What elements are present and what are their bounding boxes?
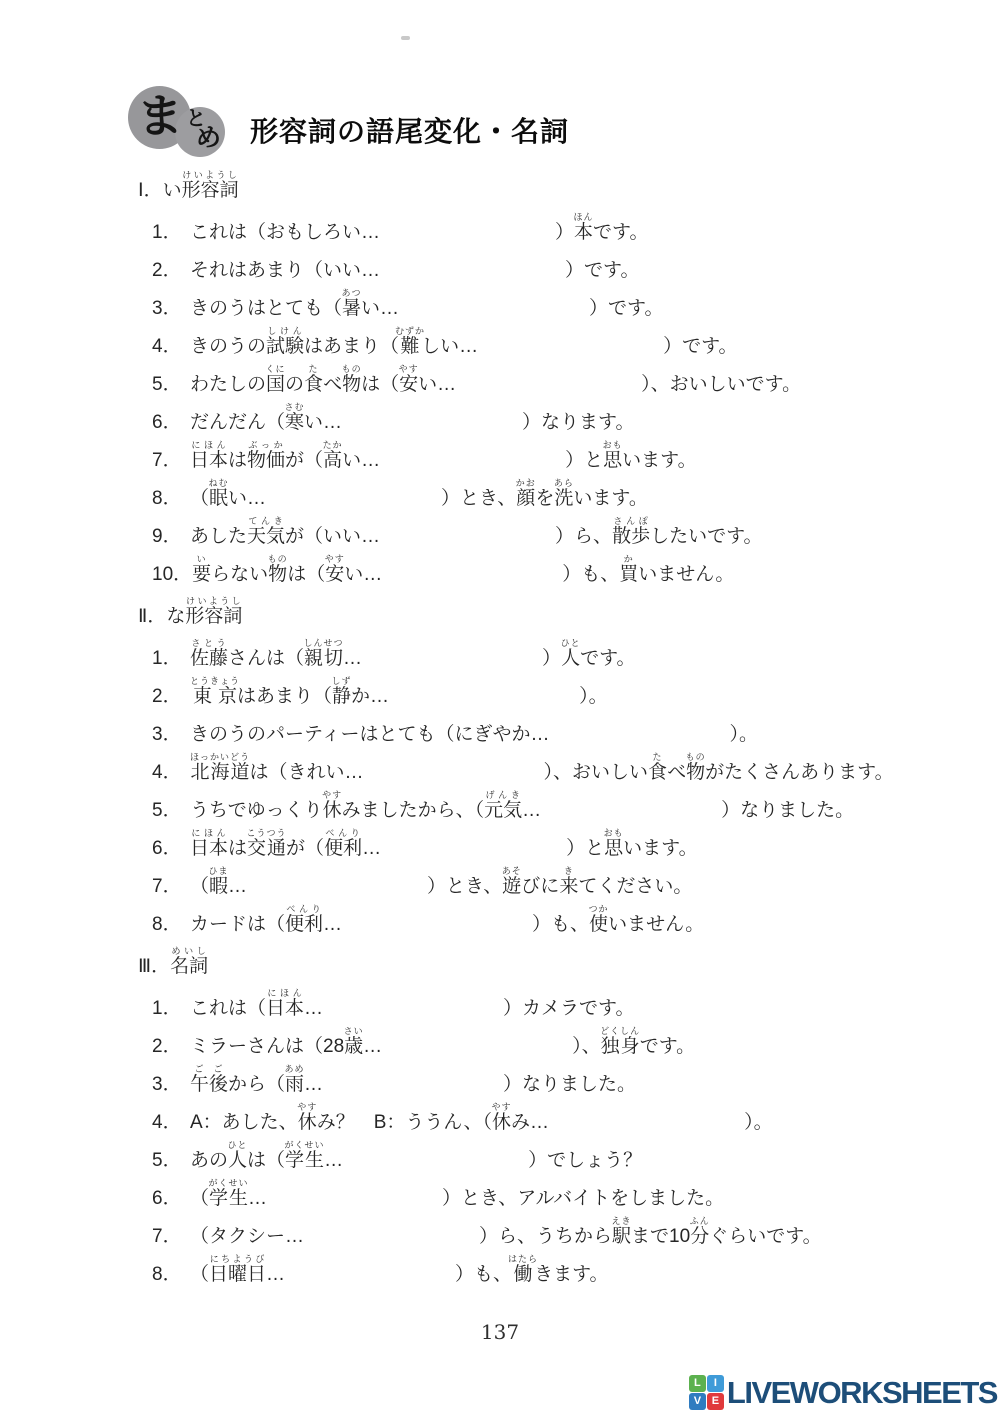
- worksheet-item: 6．（学生がくせい…）とき、アルバイトをしました。: [138, 1176, 983, 1214]
- item-text-pre: A：あした、休やすみ？ B：ううん、（休やすみ…: [190, 1112, 549, 1133]
- item-text-pre: （学生がくせい…: [190, 1188, 267, 1209]
- item-text-post: ）。: [579, 686, 608, 707]
- item-text-post: ）人ひとです。: [542, 648, 636, 669]
- matome-badge: ま と め: [128, 84, 234, 162]
- answer-blank[interactable]: [247, 890, 427, 892]
- worksheet-item: 7．日本にほんは物価ぶっかが（高たかい…）と思おもいます。: [138, 438, 983, 476]
- item-text-post: ）と思おもいます。: [566, 838, 698, 859]
- logo-grid: LIVE: [689, 1375, 724, 1410]
- answer-blank[interactable]: [382, 1050, 572, 1052]
- item-text-pre: 日本にほんは交通こうつうが（便利べんり…: [190, 838, 381, 859]
- answer-blank[interactable]: [380, 236, 555, 238]
- section-heading: Ⅱ．な形容詞けいようし: [138, 590, 983, 636]
- answer-blank[interactable]: [323, 1088, 503, 1090]
- item-text-pre: （暇ひま…: [190, 876, 247, 897]
- item-text-post: ）、おいしいです。: [641, 374, 801, 395]
- scan-artifact: [401, 36, 410, 40]
- worksheet-item: 3．きのうのパーティーはとても（にぎやか…）。: [138, 712, 983, 750]
- item-text-post: ）とき、アルバイトをしました。: [442, 1188, 724, 1209]
- page-title: 形容詞の語尾変化・名詞: [250, 110, 569, 150]
- logo-square-i: I: [707, 1375, 724, 1392]
- worksheet-item: 5．うちでゆっくり休やすみましたから、（元気げんき…）なりました。: [138, 788, 983, 826]
- worksheet-item: 9．あした天気てんきが（いい…）ら、散歩さんぽしたいです。: [138, 514, 983, 552]
- answer-blank[interactable]: [478, 350, 663, 352]
- item-text-post: ）、独身どくしんです。: [572, 1036, 695, 1057]
- worksheet-item: 5．わたしの国くにの食たべ物ものは（安やすい…）、おいしいです。: [138, 362, 983, 400]
- item-text-post: ）本ほんです。: [555, 222, 649, 243]
- item-text-pre: （タクシー…: [190, 1226, 304, 1247]
- worksheet-page: ま と め 形容詞の語尾変化・名詞 Ⅰ．い形容詞けいようし1．これは（おもしろい…: [0, 0, 1000, 1413]
- item-text-pre: きのうの試験しけんはあまり（難むずかしい…: [190, 336, 478, 357]
- item-text-post: ）。: [744, 1112, 773, 1133]
- item-text-pre: 佐藤さとうさんは（親切しんせつ…: [190, 648, 362, 669]
- item-text-post: ）です。: [565, 260, 639, 281]
- answer-blank[interactable]: [549, 738, 729, 740]
- item-text-pre: ミラーさんは（28歳さい…: [190, 1036, 382, 1057]
- item-text-post: ）とき、遊あそびに来きてください。: [427, 876, 692, 897]
- worksheet-item: 4．きのうの試験しけんはあまり（難むずかしい…）です。: [138, 324, 983, 362]
- item-text-post: ）。: [729, 724, 758, 745]
- answer-blank[interactable]: [380, 274, 565, 276]
- item-text-post: ）カメラです。: [503, 998, 634, 1019]
- worksheet-section: Ⅰ．い形容詞けいようし1．これは（おもしろい…）本ほんです。2．それはあまり（い…: [138, 164, 983, 590]
- item-text-post: ）ら、散歩さんぽしたいです。: [555, 526, 763, 547]
- worksheet-item: 10．要いらない物ものは（安やすい…）も、買かいません。: [138, 552, 983, 590]
- logo-square-v: V: [689, 1393, 706, 1410]
- item-text-post: ）、おいしい食たべ物ものがたくさんあります。: [544, 762, 894, 783]
- item-text-pre: だんだん（寒さむい…: [190, 412, 342, 433]
- worksheet-item: 1．佐藤さとうさんは（親切しんせつ…）人ひとです。: [138, 636, 983, 674]
- worksheet-item: 7．（暇ひま…）とき、遊あそびに来きてください。: [138, 864, 983, 902]
- worksheet-item: 3．きのうはとても（暑あつい…）です。: [138, 286, 983, 324]
- item-text-pre: 午後ごごから（雨あめ…: [190, 1074, 323, 1095]
- page-number: 137: [0, 1320, 1000, 1344]
- section-heading: Ⅲ．名詞めいし: [138, 940, 983, 986]
- answer-blank[interactable]: [343, 1164, 528, 1166]
- logo-square-e: E: [707, 1393, 724, 1410]
- item-text-pre: あした天気てんきが（いい…: [190, 526, 380, 547]
- item-text-pre: 要いらない物ものは（安やすい…: [192, 564, 382, 585]
- item-text-pre: それはあまり（いい…: [190, 260, 380, 281]
- worksheet-item: 1．これは（日本にほん…）カメラです。: [138, 986, 983, 1024]
- worksheet-item: 4．北海道ほっかいどうは（きれい…）、おいしい食たべ物ものがたくさんあります。: [138, 750, 983, 788]
- page-header: ま と め 形容詞の語尾変化・名詞: [128, 84, 569, 162]
- worksheet-item: 8．（眠ねむい…）とき、顔かおを洗あらいます。: [138, 476, 983, 514]
- worksheet-item: 6．だんだん（寒さむい…）なります。: [138, 400, 983, 438]
- item-text-post: ）ら、うちから駅えきまで10分ふんぐらいです。: [479, 1226, 822, 1247]
- item-text-pre: あの人ひとは（学生がくせい…: [190, 1150, 343, 1171]
- badge-char-me: め: [196, 126, 221, 151]
- worksheet-item: 2．それはあまり（いい…）です。: [138, 248, 983, 286]
- answer-blank[interactable]: [389, 700, 579, 702]
- worksheet-item: 8．（日曜日にちようび…）も、働はたらきます。: [138, 1252, 983, 1290]
- liveworksheets-logo[interactable]: LIVE LIVEWORKSHEETS: [689, 1375, 997, 1410]
- item-text-post: ）も、使つかいません。: [532, 914, 704, 935]
- item-text-post: ）なります。: [522, 412, 634, 433]
- item-text-pre: 日本にほんは物価ぶっかが（高たかい…: [190, 450, 380, 471]
- item-text-pre: きのうはとても（暑あつい…: [190, 298, 399, 319]
- item-text-pre: 東京とうきょうはあまり（静しずか…: [190, 686, 389, 707]
- worksheet-section: Ⅱ．な形容詞けいようし1．佐藤さとうさんは（親切しんせつ…）人ひとです。2．東京…: [138, 590, 983, 940]
- item-text-post: ）とき、顔かおを洗あらいます。: [441, 488, 648, 509]
- answer-blank[interactable]: [382, 578, 562, 580]
- item-text-pre: きのうのパーティーはとても（にぎやか…: [190, 724, 549, 745]
- item-text-pre: （眠ねむい…: [190, 488, 266, 509]
- answer-blank[interactable]: [549, 1126, 744, 1128]
- worksheet-item: 6．日本にほんは交通こうつうが（便利べんり…）と思おもいます。: [138, 826, 983, 864]
- answer-blank[interactable]: [304, 1240, 479, 1242]
- worksheet-item: 7．（タクシー…）ら、うちから駅えきまで10分ふんぐらいです。: [138, 1214, 983, 1252]
- answer-blank[interactable]: [399, 312, 589, 314]
- item-text-post: ）も、買かいません。: [562, 564, 734, 585]
- worksheet-item: 8．カードは（便利べんり…）も、使つかいません。: [138, 902, 983, 940]
- worksheet-item: 3．午後ごごから（雨あめ…）なりました。: [138, 1062, 983, 1100]
- item-text-pre: これは（おもしろい…: [190, 222, 380, 243]
- item-number: 8．: [152, 1252, 190, 1298]
- item-text-pre: これは（日本にほん…: [190, 998, 323, 1019]
- item-text-pre: 北海道ほっかいどうは（きれい…: [190, 762, 364, 783]
- item-text-pre: （日曜日にちようび…: [190, 1264, 285, 1285]
- item-text-post: ）も、働はたらきます。: [455, 1264, 609, 1285]
- answer-blank[interactable]: [381, 852, 566, 854]
- answer-blank[interactable]: [342, 426, 522, 428]
- worksheet-item: 4．A：あした、休やすみ？ B：ううん、（休やすみ…）。: [138, 1100, 983, 1138]
- answer-blank[interactable]: [362, 662, 542, 664]
- logo-square-l: L: [689, 1375, 706, 1392]
- answer-blank[interactable]: [285, 1278, 455, 1280]
- answer-blank[interactable]: [267, 1202, 442, 1204]
- logo-wordmark: LIVEWORKSHEETS: [727, 1377, 997, 1408]
- answer-blank[interactable]: [323, 1012, 503, 1014]
- item-text-pre: わたしの国くにの食たべ物ものは（安やすい…: [190, 374, 456, 395]
- item-text-post: ）なりました。: [503, 1074, 636, 1095]
- answer-blank[interactable]: [456, 388, 641, 390]
- worksheet-item: 2．東京とうきょうはあまり（静しずか…）。: [138, 674, 983, 712]
- item-text-pre: カードは（便利べんり…: [190, 914, 342, 935]
- item-text-pre: うちでゆっくり休やすみましたから、（元気げんき…: [190, 800, 541, 821]
- answer-blank[interactable]: [541, 814, 721, 816]
- answer-blank[interactable]: [266, 502, 441, 504]
- badge-char-ma: ま: [137, 93, 183, 139]
- answer-blank[interactable]: [364, 776, 544, 778]
- item-text-post: ）です。: [663, 336, 737, 357]
- item-text-post: ）と思おもいます。: [565, 450, 697, 471]
- item-text-post: ）でしょう？: [528, 1150, 642, 1171]
- worksheet-section: Ⅲ．名詞めいし1．これは（日本にほん…）カメラです。2．ミラーさんは（28歳さい…: [138, 940, 983, 1290]
- worksheet-item: 1．これは（おもしろい…）本ほんです。: [138, 210, 983, 248]
- answer-blank[interactable]: [380, 464, 565, 466]
- item-text-post: ）です。: [589, 298, 663, 319]
- answer-blank[interactable]: [380, 540, 555, 542]
- worksheet-item: 5．あの人ひとは（学生がくせい…）でしょう？: [138, 1138, 983, 1176]
- answer-blank[interactable]: [342, 928, 532, 930]
- worksheet-item: 2．ミラーさんは（28歳さい…）、独身どくしんです。: [138, 1024, 983, 1062]
- sections: Ⅰ．い形容詞けいようし1．これは（おもしろい…）本ほんです。2．それはあまり（い…: [138, 164, 983, 1290]
- item-text-post: ）なりました。: [721, 800, 854, 821]
- section-heading: Ⅰ．い形容詞けいようし: [138, 164, 983, 210]
